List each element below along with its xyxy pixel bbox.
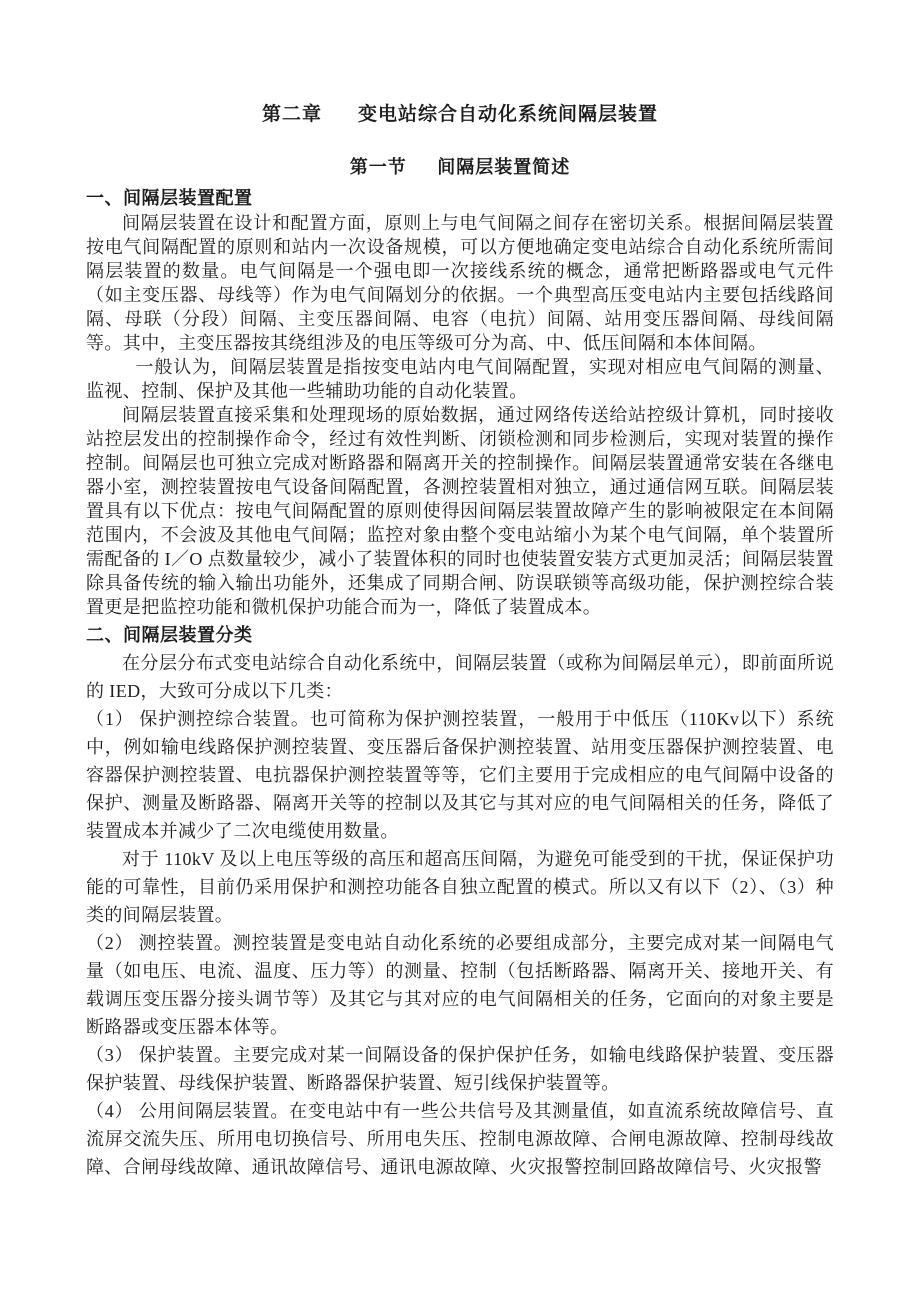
item-common-bay-device: （4） 公用间隔层装置。在变电站中有一些公共信号及其测量值，如直流系统故障信号、…	[86, 1097, 834, 1181]
chapter-text: 变电站综合自动化系统间隔层装置	[358, 104, 658, 125]
paragraph-general-definition: 一般认为，间隔层装置是指按变电站内电气间隔配置，实现对相应电气间隔的测量、监视、…	[86, 355, 834, 403]
item-protection-device: （3） 保护装置。主要完成对某一间隔设备的保护保护任务，如输电线路保护装置、变压…	[86, 1041, 834, 1097]
section-label: 第一节	[350, 157, 407, 177]
paragraph-config-overview: 间隔层装置在设计和配置方面，原则上与电气间隔之间存在密切关系。根据间隔层装置按电…	[86, 211, 834, 355]
page-content: 第二章变电站综合自动化系统间隔层装置 第一节间隔层装置简述 一、间隔层装置配置 …	[0, 0, 920, 1181]
paragraph-data-operation: 间隔层装置直接采集和处理现场的原始数据，通过网络传送给站控级计算机，同时接收站控…	[86, 403, 834, 619]
heading-bay-config: 一、间隔层装置配置	[86, 186, 834, 211]
section-bay-classification: 二、间隔层装置分类 在分层分布式变电站综合自动化系统中，间隔层装置（或称为间隔层…	[86, 622, 834, 1181]
section-title: 第一节间隔层装置简述	[86, 155, 834, 179]
section-text: 间隔层装置简述	[437, 157, 570, 177]
paragraph-110kv-note: 对于 110kV 及以上电压等级的高压和超高压间隔，为避免可能受到的干扰，保证保…	[86, 845, 834, 929]
item-protection-measure-control-device: （1） 保护测控综合装置。也可简称为保护测控装置，一般用于中低压（110Kv以下…	[86, 705, 834, 845]
paragraph-classification-intro: 在分层分布式变电站综合自动化系统中，间隔层装置（或称为间隔层单元），即前面所说的…	[86, 649, 834, 705]
chapter-label: 第二章	[262, 104, 322, 125]
section-bay-config: 一、间隔层装置配置 间隔层装置在设计和配置方面，原则上与电气间隔之间存在密切关系…	[86, 186, 834, 619]
document-page: 第二章变电站综合自动化系统间隔层装置 第一节间隔层装置简述 一、间隔层装置配置 …	[0, 0, 920, 1302]
item-measure-control-device: （2） 测控装置。测控装置是变电站自动化系统的必要组成部分，主要完成对某一间隔电…	[86, 929, 834, 1041]
chapter-title: 第二章变电站综合自动化系统间隔层装置	[86, 102, 834, 128]
heading-bay-classification: 二、间隔层装置分类	[86, 622, 834, 649]
